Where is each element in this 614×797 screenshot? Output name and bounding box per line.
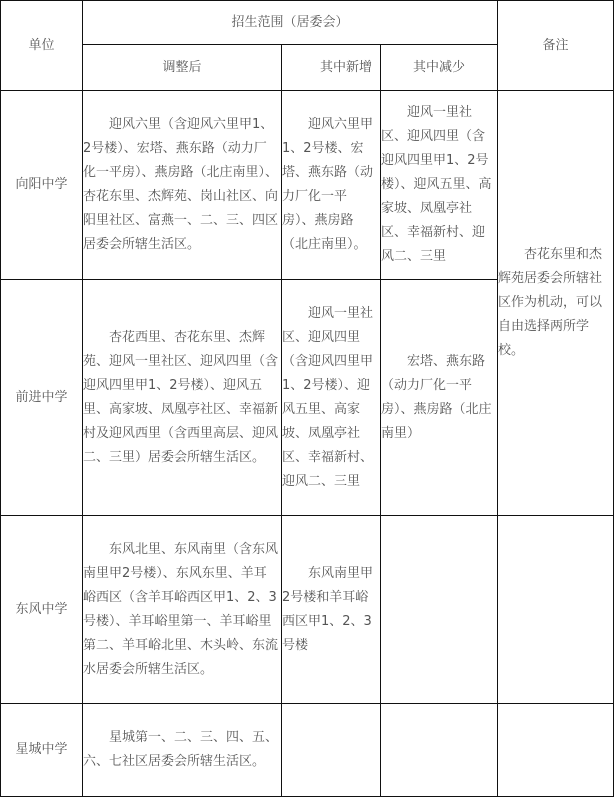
adjusted-scope: 杏花西里、杏花东里、杰辉苑、迎风一里社区、迎风四里（含迎风四里甲1、2号楼）、迎… [83,280,282,516]
unit-name: 东风中学 [1,516,83,704]
header-added: 其中新增 [282,45,381,91]
remarks [498,516,614,704]
reduced-scope: 迎风一里社区、迎风四里（含迎风四里甲1、2号楼）、迎风五里、高家坡、凤凰亭社区、… [381,91,498,280]
header-adjusted: 调整后 [83,45,282,91]
adjusted-scope: 东风北里、东风南里（含东风南里甲2号楼）、东风东里、羊耳峪西区（含羊耳峪西区甲1… [83,516,282,704]
unit-name: 向阳中学 [1,91,83,280]
adjusted-scope: 迎风六里（含迎风六里甲1、2号楼）、宏塔、燕东路（动力厂化一平房）、燕房路（北庄… [83,91,282,280]
header-scope-group: 招生范围（居委会） [83,1,498,45]
table-row: 东风中学 东风北里、东风南里（含东风南里甲2号楼）、东风东里、羊耳峪西区（含羊耳… [1,516,614,704]
reduced-scope [381,516,498,704]
added-scope: 迎风一里社区、迎风四里（含迎风四里甲1、2号楼）、迎风五里、高家坡、凤凰亭社区、… [282,280,381,516]
header-remarks: 备注 [498,1,614,91]
remarks [498,704,614,797]
header-reduced: 其中减少 [381,45,498,91]
unit-name: 前进中学 [1,280,83,516]
adjusted-scope: 星城第一、二、三、四、五、六、七社区居委会所辖生活区。 [83,704,282,797]
added-scope: 迎风六里甲1、2号楼、宏塔、燕东路（动力厂化一平房）、燕房路（北庄南里）。 [282,91,381,280]
table-row: 星城中学 星城第一、二、三、四、五、六、七社区居委会所辖生活区。 [1,704,614,797]
header-unit: 单位 [1,1,83,91]
unit-name: 星城中学 [1,704,83,797]
added-scope: 东风南里甲2号楼和羊耳峪西区甲1、2、3号楼 [282,516,381,704]
remarks-shared: 杏花东里和杰辉苑居委会所辖社区作为机动，可以自由选择两所学校。 [498,91,614,516]
reduced-scope: 宏塔、燕东路（动力厂化一平房）、燕房路（北庄南里） [381,280,498,516]
table-row: 向阳中学 迎风六里（含迎风六里甲1、2号楼）、宏塔、燕东路（动力厂化一平房）、燕… [1,91,614,280]
reduced-scope [381,704,498,797]
header-row-1: 单位 招生范围（居委会） 备注 [1,1,614,45]
added-scope [282,704,381,797]
enrollment-scope-table: 单位 招生范围（居委会） 备注 调整后 其中新增 其中减少 向阳中学 迎风六里（… [0,0,614,797]
